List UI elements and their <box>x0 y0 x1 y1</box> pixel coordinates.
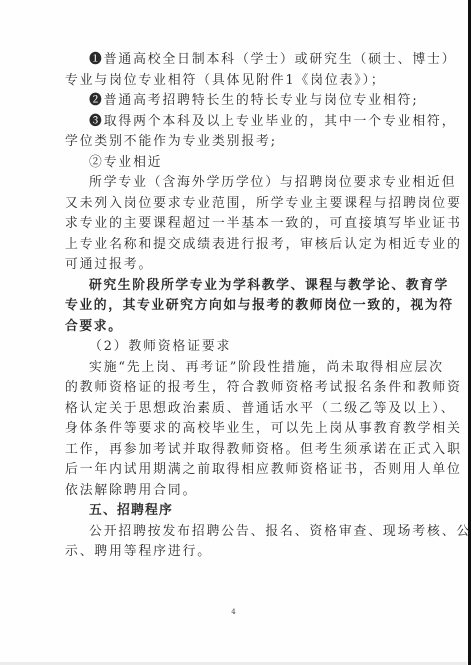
paragraph-similar-major-line4: 上专业名称和提交成绩表进行报考，审核后认定为相近专业的 <box>65 235 405 256</box>
list-item-fulltime-degree: ❶普通高校全日制本科（学士）或研究生（硕士、博士） <box>65 50 405 71</box>
list-item-fulltime-degree-cont: 专业与岗位专业相符（具体见附件1《岗位表》）； <box>65 71 405 92</box>
paragraph-similar-major: 所学专业（含海外学历学位）与招聘岗位要求专业相近但 <box>65 173 405 194</box>
paragraph-graduate-major: 研究生阶段所学专业为学科教学、课程与教学论、教育学 <box>65 276 405 297</box>
paragraph-certificate-line6: 后一年内试用期满之前取得相应教师资格证书，否则用人单位 <box>65 460 405 481</box>
document-body: ❶普通高校全日制本科（学士）或研究生（硕士、博士） 专业与岗位专业相符（具体见附… <box>65 50 405 563</box>
subheading-teacher-certificate: （2）教师资格证要求 <box>65 337 405 358</box>
paragraph-similar-major-line3: 求专业的主要课程超过一半基本一致的，可直接填写毕业证书 <box>65 214 405 235</box>
list-item-specialty-student: ❷普通高考招聘特长生的特长专业与岗位专业相符; <box>65 91 405 112</box>
page-number: 4 <box>0 608 467 616</box>
paragraph-similar-major-line5: 可通过报考。 <box>65 255 405 276</box>
subheading-similar-major: ②专业相近 <box>65 153 405 174</box>
paragraph-certificate-line5: 工作，再参加考试并取得教师资格。但考生须承诺在正式入职 <box>65 440 405 461</box>
paragraph-certificate-line3: 格认定关于思想政治素质、普通话水平（二级乙等及以上）、 <box>65 399 405 420</box>
paragraph-similar-major-line2: 又未列入岗位要求专业范围，所学专业主要课程与招聘岗位要 <box>65 194 405 215</box>
paragraph-certificate-line2: 的教师资格证的报考生，符合教师资格考试报名条件和教师资 <box>65 378 405 399</box>
section-heading-recruitment-procedure: 五、招聘程序 <box>65 501 405 522</box>
paragraph-graduate-major-line2: 专业的，其专业研究方向如与报考的教师岗位一致的，视为符 <box>65 296 405 317</box>
list-item-double-major: ❸取得两个本科及以上专业毕业的，其中一个专业相符， <box>65 112 405 133</box>
paragraph-procedure: 公开招聘按发布招聘公告、报名、资格审查、现场考核、公 <box>65 522 405 543</box>
document-page: ❶普通高校全日制本科（学士）或研究生（硕士、博士） 专业与岗位专业相符（具体见附… <box>0 0 467 662</box>
paragraph-certificate-line4: 身体条件等要求的高校毕业生，可以先上岗从事教育教学相关 <box>65 419 405 440</box>
paragraph-procedure-line2: 示、聘用等程序进行。 <box>65 542 405 563</box>
paragraph-graduate-major-line3: 合要求。 <box>65 317 405 338</box>
paragraph-certificate: 实施“先上岗、再考证”阶段性措施，尚未取得相应层次 <box>65 358 405 379</box>
paragraph-certificate-line7: 依法解除聘用合同。 <box>65 481 405 502</box>
list-item-double-major-cont: 学位类别不能作为专业类别报考; <box>65 132 405 153</box>
